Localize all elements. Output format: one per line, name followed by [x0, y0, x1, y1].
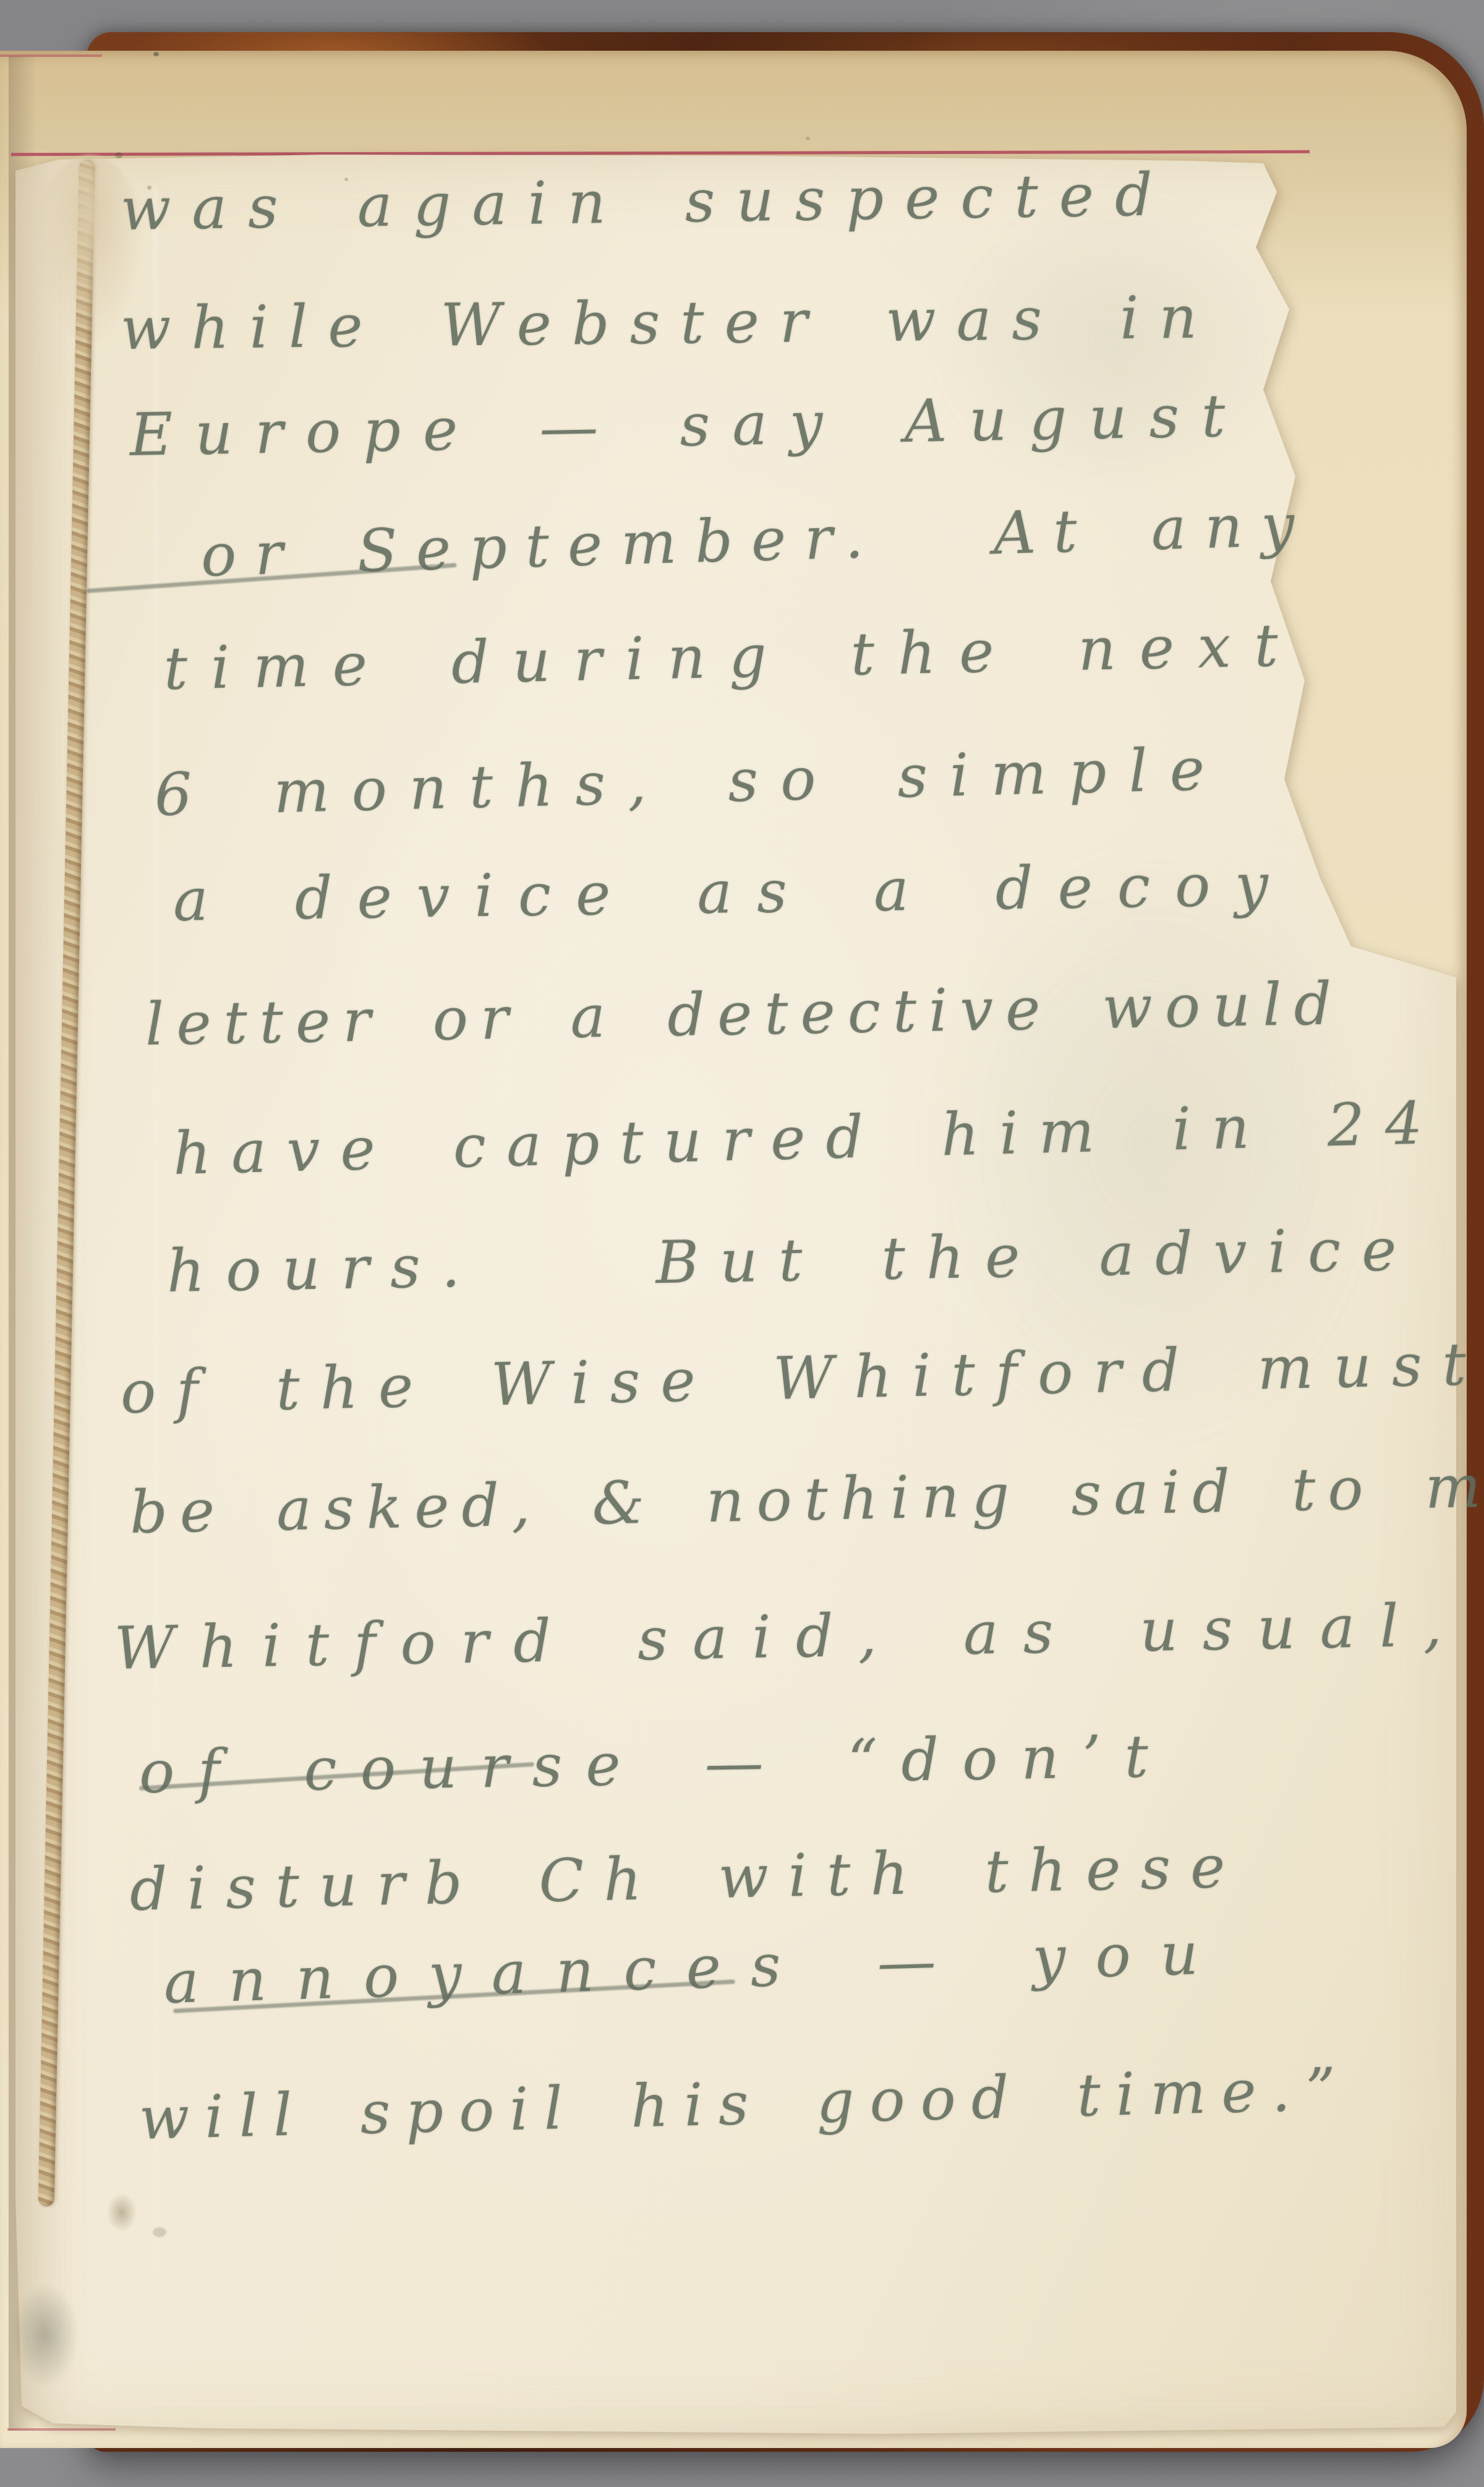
ink-speck: [806, 137, 810, 140]
ink-speck: [115, 152, 122, 158]
show-through-ghost: [927, 186, 1298, 495]
pencil-smudge: [11, 2282, 79, 2387]
photo-of-notebook: { "notebook_page": { "lines": [ {"text":…: [0, 0, 1484, 2487]
ink-speck: [147, 186, 151, 190]
ink-speck: [153, 2227, 166, 2237]
page-crease: [153, 186, 158, 2276]
show-through-ghost: [915, 835, 1385, 1453]
binding-hole: [106, 2193, 137, 2232]
ink-speck: [153, 52, 159, 56]
ink-speck: [344, 178, 348, 181]
